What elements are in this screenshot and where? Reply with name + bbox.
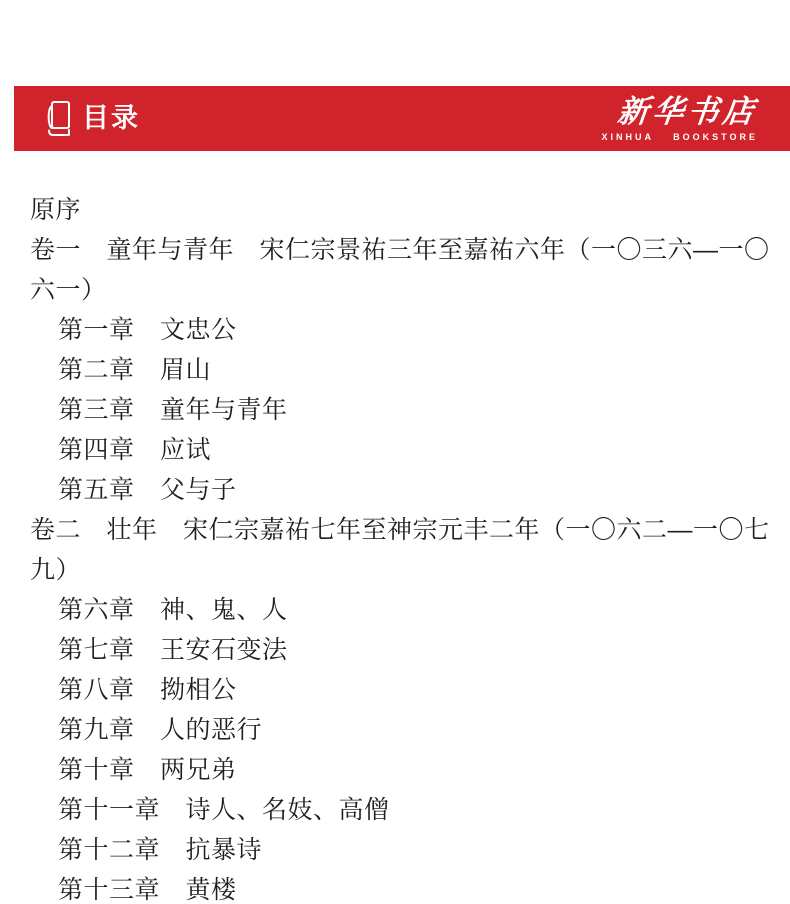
toc-line: 第十一章 诗人、名妓、高僧 [0, 790, 790, 830]
toc-line: 六一） [0, 270, 790, 310]
book-icon [44, 99, 72, 139]
toc-page: 目录 新华书店 XINHUA BOOKSTORE 原序卷一 童年与青年 宋仁宗景… [0, 0, 790, 904]
xinhua-logo: 新华书店 XINHUA BOOKSTORE [601, 95, 790, 141]
xinhua-logo-calligraphy: 新华书店 [600, 95, 760, 129]
toc-line: 第十二章 抗暴诗 [0, 830, 790, 870]
toc-line: 第十三章 黄楼 [0, 870, 790, 904]
toc-line: 第六章 神、鬼、人 [0, 590, 790, 630]
toc-line: 第十章 两兄弟 [0, 750, 790, 790]
toc-list: 原序卷一 童年与青年 宋仁宗景祐三年至嘉祐六年（一〇三六—一〇六一）第一章 文忠… [0, 190, 790, 904]
toc-line: 原序 [0, 190, 790, 230]
toc-line: 第三章 童年与青年 [0, 390, 790, 430]
toc-line: 九） [0, 550, 790, 590]
toc-line: 第八章 拗相公 [0, 670, 790, 710]
header-title-group: 目录 [14, 99, 140, 139]
toc-line: 第二章 眉山 [0, 350, 790, 390]
toc-line: 第五章 父与子 [0, 470, 790, 510]
toc-line: 第七章 王安石变法 [0, 630, 790, 670]
xinhua-logo-subtitle: XINHUA BOOKSTORE [601, 132, 758, 142]
toc-line: 第一章 文忠公 [0, 310, 790, 350]
page-title: 目录 [82, 105, 140, 132]
toc-line: 第四章 应试 [0, 430, 790, 470]
toc-line: 卷一 童年与青年 宋仁宗景祐三年至嘉祐六年（一〇三六—一〇 [0, 230, 790, 270]
header-bar: 目录 新华书店 XINHUA BOOKSTORE [14, 86, 790, 151]
toc-line: 卷二 壮年 宋仁宗嘉祐七年至神宗元丰二年（一〇六二—一〇七 [0, 510, 790, 550]
toc-line: 第九章 人的恶行 [0, 710, 790, 750]
